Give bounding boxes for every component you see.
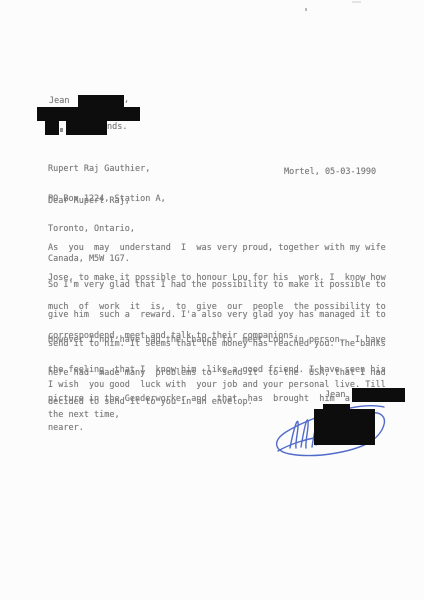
redaction-bar [66,120,107,135]
redaction-bar [37,107,140,121]
sender-line3-fragment: nds. [107,123,127,133]
sender-first-name: Jean [49,97,69,107]
body-line: As you may understand I was very proud, … [48,244,386,254]
recipient-address-line: Rupert Raj Gauthier, [48,164,166,174]
sender-line1-trailing: , [124,96,129,106]
scanned-letter-page: Jean , nds. Rupert Raj Gauthier, PO Box … [0,0,424,600]
redaction-bar [45,120,59,135]
scan-artifact [352,1,361,3]
body-line: However I not have had the chance to mee… [48,336,386,346]
letter-fragment [60,128,63,132]
date-line: Mortel, 05-03-1990 [284,168,376,178]
salutation: Dear Rupert Raj, [48,197,130,207]
scan-artifact [305,8,307,11]
redaction-bar [314,409,375,445]
body-line: So I'm very glad that I had the possibil… [48,281,386,291]
